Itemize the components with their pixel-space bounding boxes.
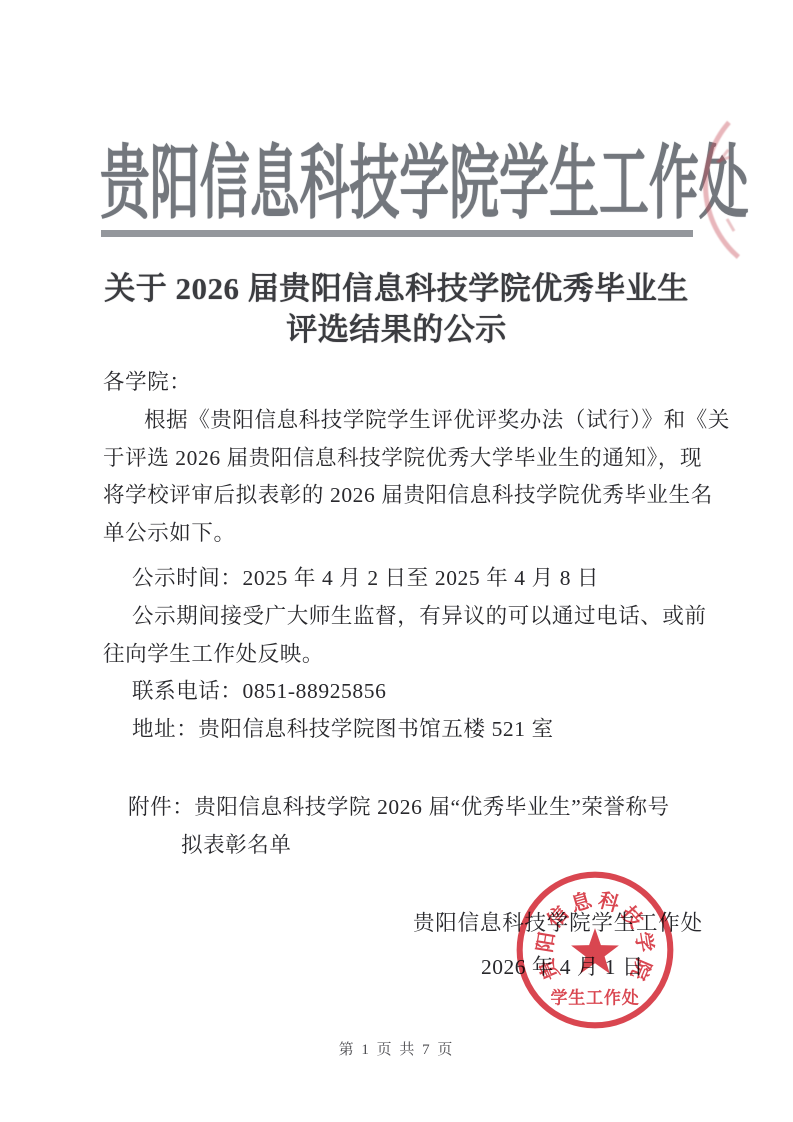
partial-seal-fragment-icon bbox=[696, 80, 793, 289]
body-line: 单公示如下。 bbox=[103, 515, 700, 553]
body-line: 将学校评审后拟表彰的 2026 届贵阳信息科技学院优秀毕业生名 bbox=[103, 477, 700, 515]
department-banner-text: 贵阳信息科技学院学生工作处 bbox=[100, 128, 749, 240]
attachment-note: 附件：贵阳信息科技学院 2026 届“优秀毕业生”荣誉称号 拟表彰名单 bbox=[103, 788, 703, 864]
body-line-address: 地址：贵阳信息科技学院图书馆五楼 521 室 bbox=[103, 711, 700, 749]
notice-title-line1: 关于 2026 届贵阳信息科技学院优秀毕业生 bbox=[0, 268, 793, 309]
scanned-notice-page: 贵阳信息科技学院学生工作处 关于 2026 届贵阳信息科技学院优秀毕业生 评选结… bbox=[0, 0, 793, 1122]
body-line: 往向学生工作处反映。 bbox=[103, 636, 700, 674]
signature-department: 贵阳信息科技学院学生工作处 bbox=[413, 906, 703, 937]
seal-bottom-text: 学生工作处 bbox=[550, 987, 639, 1007]
notice-title-line2: 评选结果的公示 bbox=[0, 309, 793, 350]
notice-body: 各学院： 根据《贵阳信息科技学院学生评优评奖办法（试行）》和《关 于评选 202… bbox=[103, 364, 700, 749]
signature-date: 2026 年 4 月 1 日 bbox=[481, 950, 644, 981]
body-line-publicity-period: 公示时间：2025 年 4 月 2 日至 2025 年 4 月 8 日 bbox=[103, 560, 700, 598]
body-line: 根据《贵阳信息科技学院学生评优评奖办法（试行）》和《关 bbox=[103, 402, 700, 440]
body-line: 于评选 2026 届贵阳信息科技学院优秀大学毕业生的通知》，现 bbox=[103, 440, 700, 478]
notice-title: 关于 2026 届贵阳信息科技学院优秀毕业生 评选结果的公示 bbox=[0, 268, 793, 350]
body-line-contact-phone: 联系电话：0851-88925856 bbox=[103, 673, 700, 711]
attachment-line1: 附件：贵阳信息科技学院 2026 届“优秀毕业生”荣誉称号 bbox=[103, 788, 703, 826]
document-header-banner: 贵阳信息科技学院学生工作处 bbox=[100, 128, 700, 232]
attachment-line2: 拟表彰名单 bbox=[103, 826, 703, 864]
body-line: 公示期间接受广大师生监督，有异议的可以通过电话、或前 bbox=[103, 598, 700, 636]
body-line-salutation: 各学院： bbox=[103, 364, 700, 402]
header-divider bbox=[101, 230, 693, 237]
page-footer: 第 1 页 共 7 页 bbox=[0, 1038, 793, 1059]
